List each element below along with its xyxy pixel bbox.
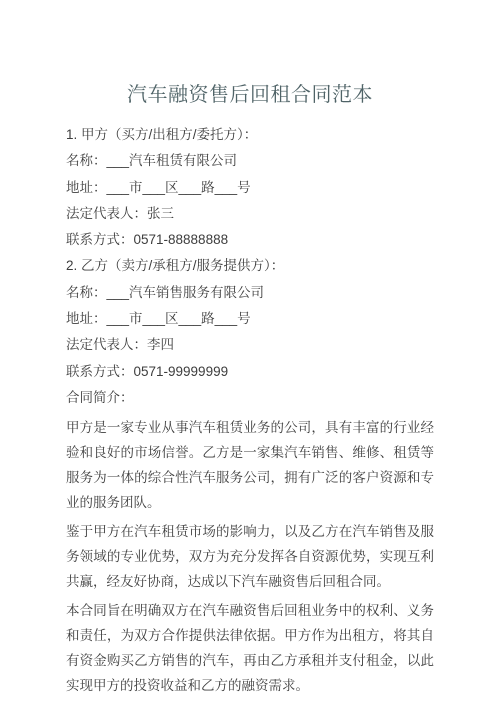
intro-paragraph-3: 本合同旨在明确双方在汽车融资售后回租业务中的权利、义务和责任，为双方合作提供法律…: [66, 598, 434, 698]
document-body: 1. 甲方（买方/出租方/委托方）： 名称：___汽车租赁有限公司 地址：___…: [66, 122, 434, 698]
party-a-address: 地址：___市___区___路___号: [66, 175, 434, 201]
document-page: 汽车融资售后回租合同范本 1. 甲方（买方/出租方/委托方）： 名称：___汽车…: [0, 0, 500, 707]
party-b-name: 名称：___汽车销售服务有限公司: [66, 280, 434, 306]
intro-paragraph-2: 鉴于甲方在汽车租赁市场的影响力，以及乙方在汽车销售及服务领域的专业优势，双方为充…: [66, 519, 434, 594]
contract-intro-label: 合同简介：: [66, 385, 434, 411]
party-a-name: 名称：___汽车租赁有限公司: [66, 148, 434, 174]
party-b-address: 地址：___市___区___路___号: [66, 306, 434, 332]
party-b-contact: 联系方式：0571-99999999: [66, 359, 434, 385]
intro-paragraph-1: 甲方是一家专业从事汽车租赁业务的公司，具有丰富的行业经验和良好的市场信誉。乙方是…: [66, 415, 434, 515]
party-a-contact: 联系方式：0571-88888888: [66, 227, 434, 253]
party-b-heading: 2. 乙方（卖方/承租方/服务提供方）：: [66, 253, 434, 279]
party-a-heading: 1. 甲方（买方/出租方/委托方）：: [66, 122, 434, 148]
document-title: 汽车融资售后回租合同范本: [0, 83, 500, 108]
party-b-representative: 法定代表人：李四: [66, 332, 434, 358]
party-a-representative: 法定代表人：张三: [66, 201, 434, 227]
